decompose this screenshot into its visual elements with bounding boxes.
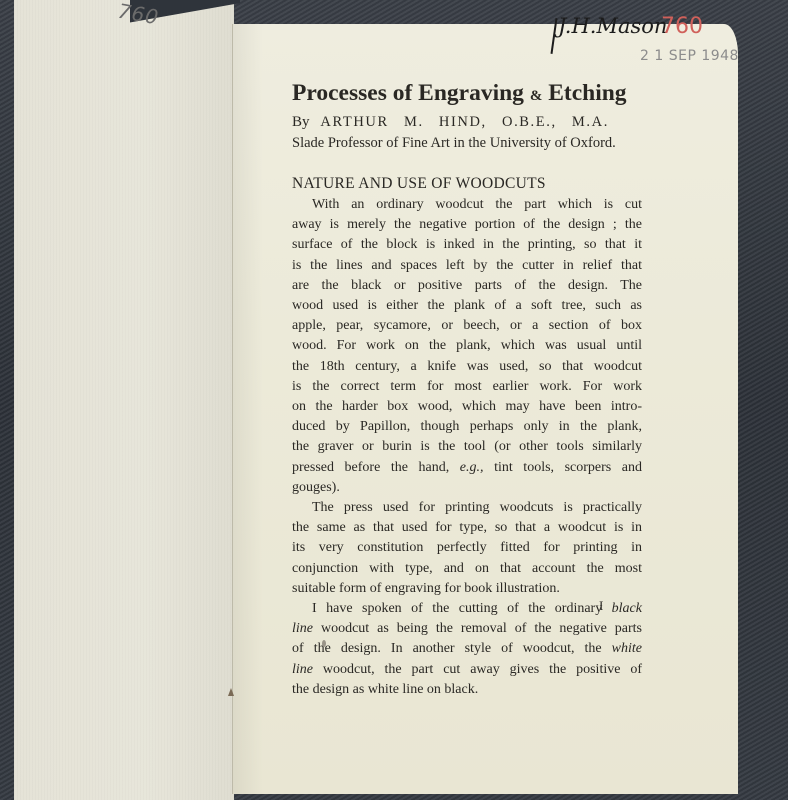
text-line: the 18th century, a knife was used, so t… [292,357,642,377]
catalog-number: 760 [661,14,703,39]
author-affiliation: Slade Professor of Fine Art in the Unive… [292,133,642,153]
text-line: is the lines and spaces left by the cutt… [292,256,642,276]
section-heading: NATURE AND USE OF WOODCUTS [292,173,642,195]
text-line: The press used for printing woodcuts is … [292,498,642,518]
author-name: ARTHUR M. HIND, O.B.E., M.A. [320,114,609,130]
book-title: Processes of Engraving & Etching [292,78,642,111]
text-line: is the correct term for most earlier wor… [292,377,642,397]
text-line: its very constitution perfectly fitted f… [292,538,642,558]
text-line: on the harder box wood, which may have b… [292,397,642,417]
text-line: wood. For work on the plank, which was u… [292,336,642,356]
text-line: wood used is either the plank of a soft … [292,296,642,316]
text-line: the graver or burin is the tool (or othe… [292,437,642,457]
text-line: suitable form of engraving for book illu… [292,579,642,599]
text-line: of the design. In another style of woodc… [292,639,642,659]
text-line: pressed before the hand, e.g., tint tool… [292,458,642,478]
text-line: line woodcut as being the removal of the… [292,619,642,639]
owner-signature: J.H.Mason [558,14,667,38]
byline-by: By [292,114,310,130]
image-border [788,0,800,800]
text-line: With an ordinary woodcut the part which … [292,195,642,215]
text-line: away is merely the negative portion of t… [292,215,642,235]
paper-spot [322,640,326,647]
text-line: surface of the block is inked in the pri… [292,235,642,255]
byline: By ARTHUR M. HIND, O.B.E., M.A. [292,111,642,133]
text-line: apple, pear, sycamore, or beech, or a se… [292,316,642,336]
text-line: the same as that used for type, so that … [292,518,642,538]
page-text: Processes of Engraving & Etching By ARTH… [292,78,642,700]
text-line: the design as white line on black. [292,680,642,700]
body-text: With an ordinary woodcut the part which … [292,195,642,700]
title-end: Etching [548,80,626,106]
text-line: conjunction with type, and on that accou… [292,559,642,579]
text-line: line woodcut, the part cut away gives th… [292,660,642,680]
date-stamp: 2 1 SEP 1948 [640,48,739,64]
text-line: duced by Papillon, though perhaps only i… [292,417,642,437]
text-line: are the black or positive parts of the d… [292,276,642,296]
text-line: gouges). [292,478,642,498]
title-ampersand: & [530,88,543,104]
text-line: I have spoken of the cutting of the ordi… [292,599,642,619]
page-number: I [599,598,603,614]
title-main: Processes of Engraving [292,80,524,106]
book-cover-left [14,0,234,800]
